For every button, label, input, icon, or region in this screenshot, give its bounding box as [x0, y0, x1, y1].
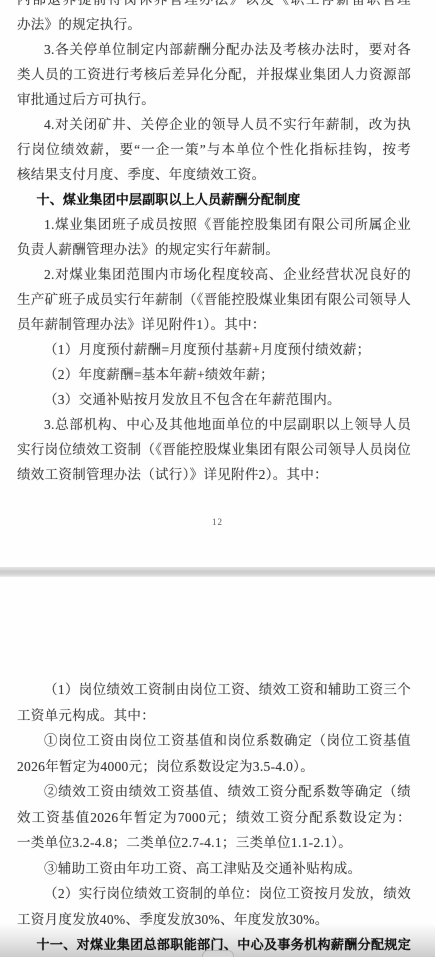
text-line: 负责人薪酬管理办法》的规定实行年薪制。 [17, 237, 411, 262]
text-line: 3.各关停单位制定内部薪酬分配办法及考核办法时，要对各 [17, 37, 411, 62]
page-number: 12 [0, 517, 435, 527]
text-line: 3.总部机构、中心及其他地面单位的中层副职以上领导人员 [17, 412, 411, 437]
text-line: 一类单位3.2-4.8；二类单位2.7-4.1；三类单位1.1-2.1）。 [17, 830, 411, 856]
text-line: 4.对关闭矿井、关停企业的领导人员不实行年薪制，改为执 [17, 112, 411, 137]
text-line: 效工资基值2026年暂定为7000元；绩效工资分配系数设定为： [17, 805, 411, 831]
text-line: ①岗位工资由岗位工资基值和岗位系数确定（岗位工资基值 [17, 728, 411, 754]
text-line: （2）实行岗位绩效工资制的单位：岗位工资按月发放，绩效 [17, 881, 411, 907]
page-2-text: （1）岗位绩效工资制由岗位工资、绩效工资和辅助工资三个工资单元构成。其中：①岗位… [17, 677, 411, 957]
text-line: 内部退养提前待岗休养管理办法》以及《职工停薪留职管理 [17, 0, 411, 12]
text-line: （1）月度预付薪酬=月度预付基薪+月度预付绩效薪； [17, 337, 411, 362]
page-1-text: 内部退养提前待岗休养管理办法》以及《职工停薪留职管理办法》的规定执行。3.各关停… [17, 0, 411, 487]
text-line: （1）岗位绩效工资制由岗位工资、绩效工资和辅助工资三个 [17, 677, 411, 703]
document-viewer: 内部退养提前待岗休养管理办法》以及《职工停薪留职管理办法》的规定执行。3.各关停… [0, 0, 435, 957]
text-line: （3）交通补贴按月发放且不包含在年薪范围内。 [17, 387, 411, 412]
scroll-indicator[interactable] [203, 951, 233, 957]
text-line: 办法》的规定执行。 [17, 12, 411, 37]
text-line: 2.对煤业集团范围内市场化程度较高、企业经营状况良好的 [17, 262, 411, 287]
text-line: 行岗位绩效薪，要“一企一策”与本单位个性化指标挂钩，按考 [17, 137, 411, 162]
text-line: 1.煤业集团班子成员按照《晋能控股集团有限公司所属企业 [17, 212, 411, 237]
text-line: 员年薪制管理办法》详见附件1）。其中： [17, 312, 411, 337]
text-line: 实行岗位绩效工资制（《晋能控股煤业集团有限公司领导人员岗位 [17, 437, 411, 462]
text-line: ②绩效工资由绩效工资基值、绩效工资分配系数等确定（绩 [17, 779, 411, 805]
text-line: 绩效工资制管理办法（试行）》详见附件2）。其中： [17, 462, 411, 487]
text-line: 审批通过后方可执行。 [17, 87, 411, 112]
text-line: 类人员的工资进行考核后差异化分配，并报煤业集团人力资源部 [17, 62, 411, 87]
text-line: 生产矿班子成员实行年薪制（《晋能控股煤业集团有限公司领导人 [17, 287, 411, 312]
text-line: 工资月度发放40%、季度发放30%、年度发放30%。 [17, 907, 411, 933]
page-separator [0, 567, 435, 577]
heading-line: 十、煤业集团中层副职以上人员薪酬分配制度 [17, 187, 411, 212]
text-line: 2026年暂定为4000元；岗位系数设定为3.5-4.0）。 [17, 754, 411, 780]
text-line: 核结果支付月度、季度、年度绩效工资。 [17, 162, 411, 187]
text-line: 工资单元构成。其中： [17, 703, 411, 729]
text-line: （2）年度薪酬=基本年薪+绩效年薪； [17, 362, 411, 387]
text-line: ③辅助工资由年功工资、高工津贴及交通补贴构成。 [17, 856, 411, 882]
